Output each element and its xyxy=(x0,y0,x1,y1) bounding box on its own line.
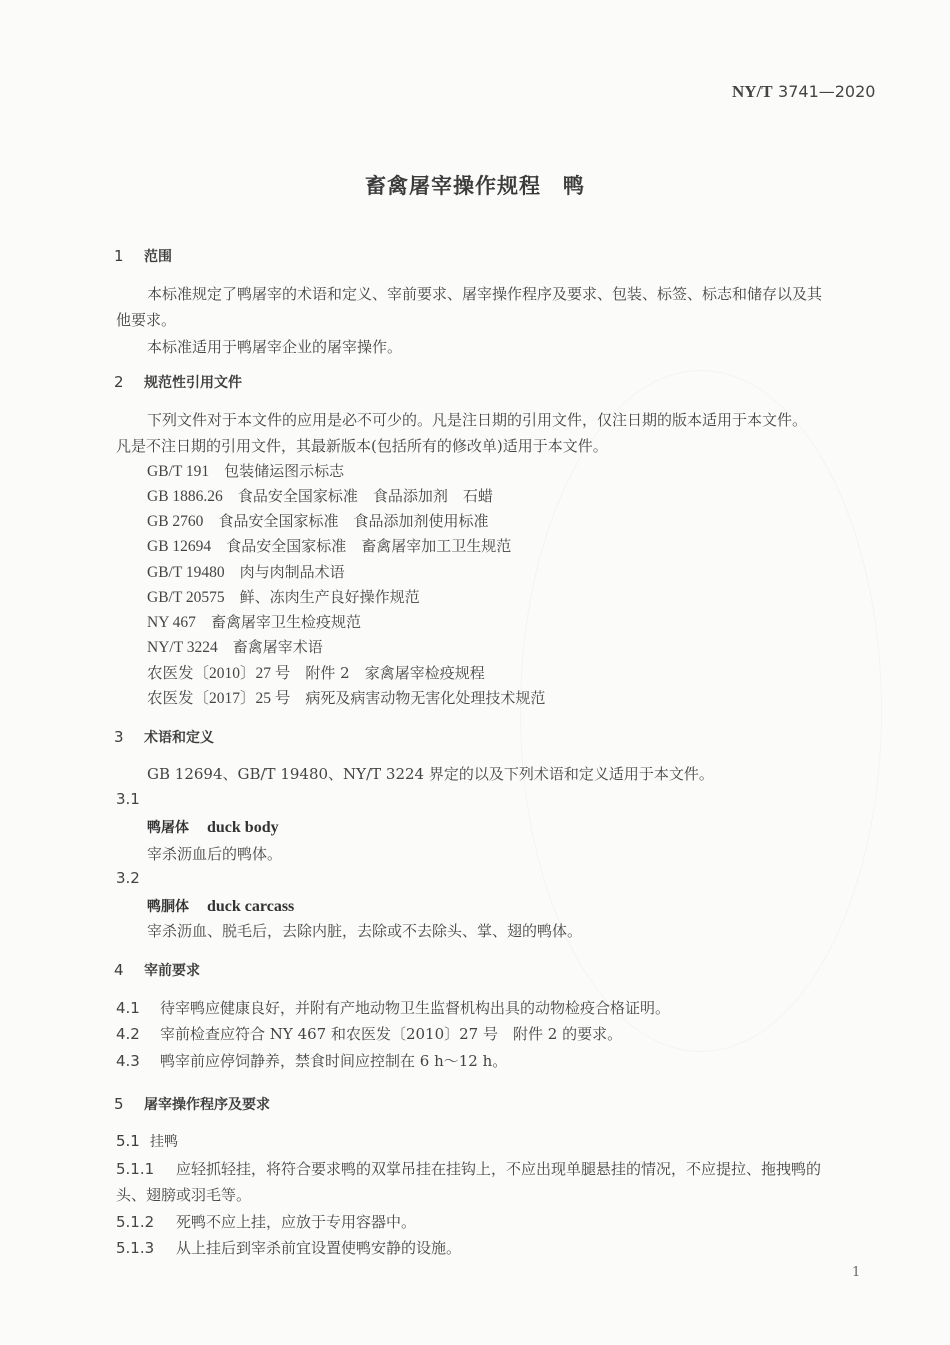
section-1-heading: 1范围 xyxy=(114,246,172,266)
watermark-seal xyxy=(520,370,882,1052)
document-page: NY/T 3741—2020 畜禽屠宰操作规程 鸭 1范围 本标准规定了鸭屠宰的… xyxy=(0,0,950,1345)
reference-item: 农医发〔2017〕25 号 病死及病害动物无害化处理技术规范 xyxy=(147,686,545,708)
term-number: 3.1 xyxy=(116,790,140,808)
reference-item: 农医发〔2010〕27 号 附件 2 家禽屠宰检疫规程 xyxy=(147,661,485,683)
subsection-number: 5.1 xyxy=(116,1132,150,1150)
subsection-title: 挂鸭 xyxy=(150,1134,178,1150)
standard-code: NY/T 3741—2020 xyxy=(732,82,875,102)
term-heading: 鸭胴体duck carcass xyxy=(147,896,294,916)
scope-paragraph-1-line-2: 他要求。 xyxy=(116,309,176,330)
reference-item: GB 2760 食品安全国家标准 食品添加剂使用标准 xyxy=(147,510,488,531)
term-heading: 鸭屠体duck body xyxy=(147,817,279,837)
reference-item: NY 467 畜禽屠宰卫生检疫规范 xyxy=(147,611,361,632)
section-5-heading: 5屠宰操作程序及要求 xyxy=(114,1094,270,1114)
clause: 4.1待宰鸭应健康良好，并附有产地动物卫生监督机构出具的动物检疫合格证明。 xyxy=(116,997,670,1018)
clause: 4.3鸭宰前应停饲静养，禁食时间应控制在 6 h～12 h。 xyxy=(116,1050,507,1071)
reference-item: GB/T 19480 肉与肉制品术语 xyxy=(147,561,345,582)
reference-item: GB/T 191 包装储运图示标志 xyxy=(147,460,344,481)
clause: 5.1.2死鸭不应上挂，应放于专用容器中。 xyxy=(116,1211,416,1232)
section-3-heading: 3术语和定义 xyxy=(114,727,214,747)
standard-prefix: NY/T xyxy=(732,82,773,101)
standard-number: 3741—2020 xyxy=(778,82,875,101)
reference-item: NY/T 3224 畜禽屠宰术语 xyxy=(147,636,323,657)
subsection-5-1-heading: 5.1挂鸭 xyxy=(116,1131,178,1151)
section-title: 术语和定义 xyxy=(144,730,214,746)
clause-continuation: 头、翅膀或羽毛等。 xyxy=(116,1184,251,1205)
document-title: 畜禽屠宰操作规程 鸭 xyxy=(0,170,950,200)
section-number: 4 xyxy=(114,961,144,979)
section-title: 范围 xyxy=(144,249,172,265)
section-2-heading: 2规范性引用文件 xyxy=(114,372,242,392)
reference-item: GB 1886.26 食品安全国家标准 食品添加剂 石蜡 xyxy=(147,485,493,506)
term-definition: 宰杀沥血后的鸭体。 xyxy=(147,843,282,864)
references-intro-line-2: 凡是不注日期的引用文件，其最新版本(包括所有的修改单)适用于本文件。 xyxy=(116,435,608,456)
section-4-heading: 4宰前要求 xyxy=(114,960,200,980)
clause: 5.1.1应轻抓轻挂，将符合要求鸭的双掌吊挂在挂钩上，不应出现单腿悬挂的情况，不… xyxy=(116,1158,821,1179)
section-number: 1 xyxy=(114,247,144,265)
term-number: 3.2 xyxy=(116,869,140,887)
page-number: 1 xyxy=(852,1265,860,1280)
reference-item: GB 12694 食品安全国家标准 畜禽屠宰加工卫生规范 xyxy=(147,535,511,556)
scope-paragraph-1-line-1: 本标准规定了鸭屠宰的术语和定义、宰前要求、屠宰操作程序及要求、包装、标签、标志和… xyxy=(147,283,822,304)
reference-item: GB/T 20575 鲜、冻肉生产良好操作规范 xyxy=(147,586,420,607)
term-definition: 宰杀沥血、脱毛后，去除内脏，去除或不去除头、掌、翅的鸭体。 xyxy=(147,920,582,941)
terms-intro: GB 12694、GB/T 19480、NY/T 3224 界定的以及下列术语和… xyxy=(147,763,714,784)
section-number: 5 xyxy=(114,1095,144,1113)
section-title: 屠宰操作程序及要求 xyxy=(144,1097,270,1113)
section-title: 规范性引用文件 xyxy=(144,375,242,391)
clause: 4.2宰前检查应符合 NY 467 和农医发〔2010〕27 号 附件 2 的要… xyxy=(116,1023,622,1044)
clause: 5.1.3从上挂后到宰杀前宜设置使鸭安静的设施。 xyxy=(116,1237,461,1258)
section-number: 2 xyxy=(114,373,144,391)
references-intro-line-1: 下列文件对于本文件的应用是必不可少的。凡是注日期的引用文件，仅注日期的版本适用于… xyxy=(147,409,807,430)
scope-paragraph-2: 本标准适用于鸭屠宰企业的屠宰操作。 xyxy=(147,336,402,357)
section-title: 宰前要求 xyxy=(144,963,200,979)
section-number: 3 xyxy=(114,728,144,746)
